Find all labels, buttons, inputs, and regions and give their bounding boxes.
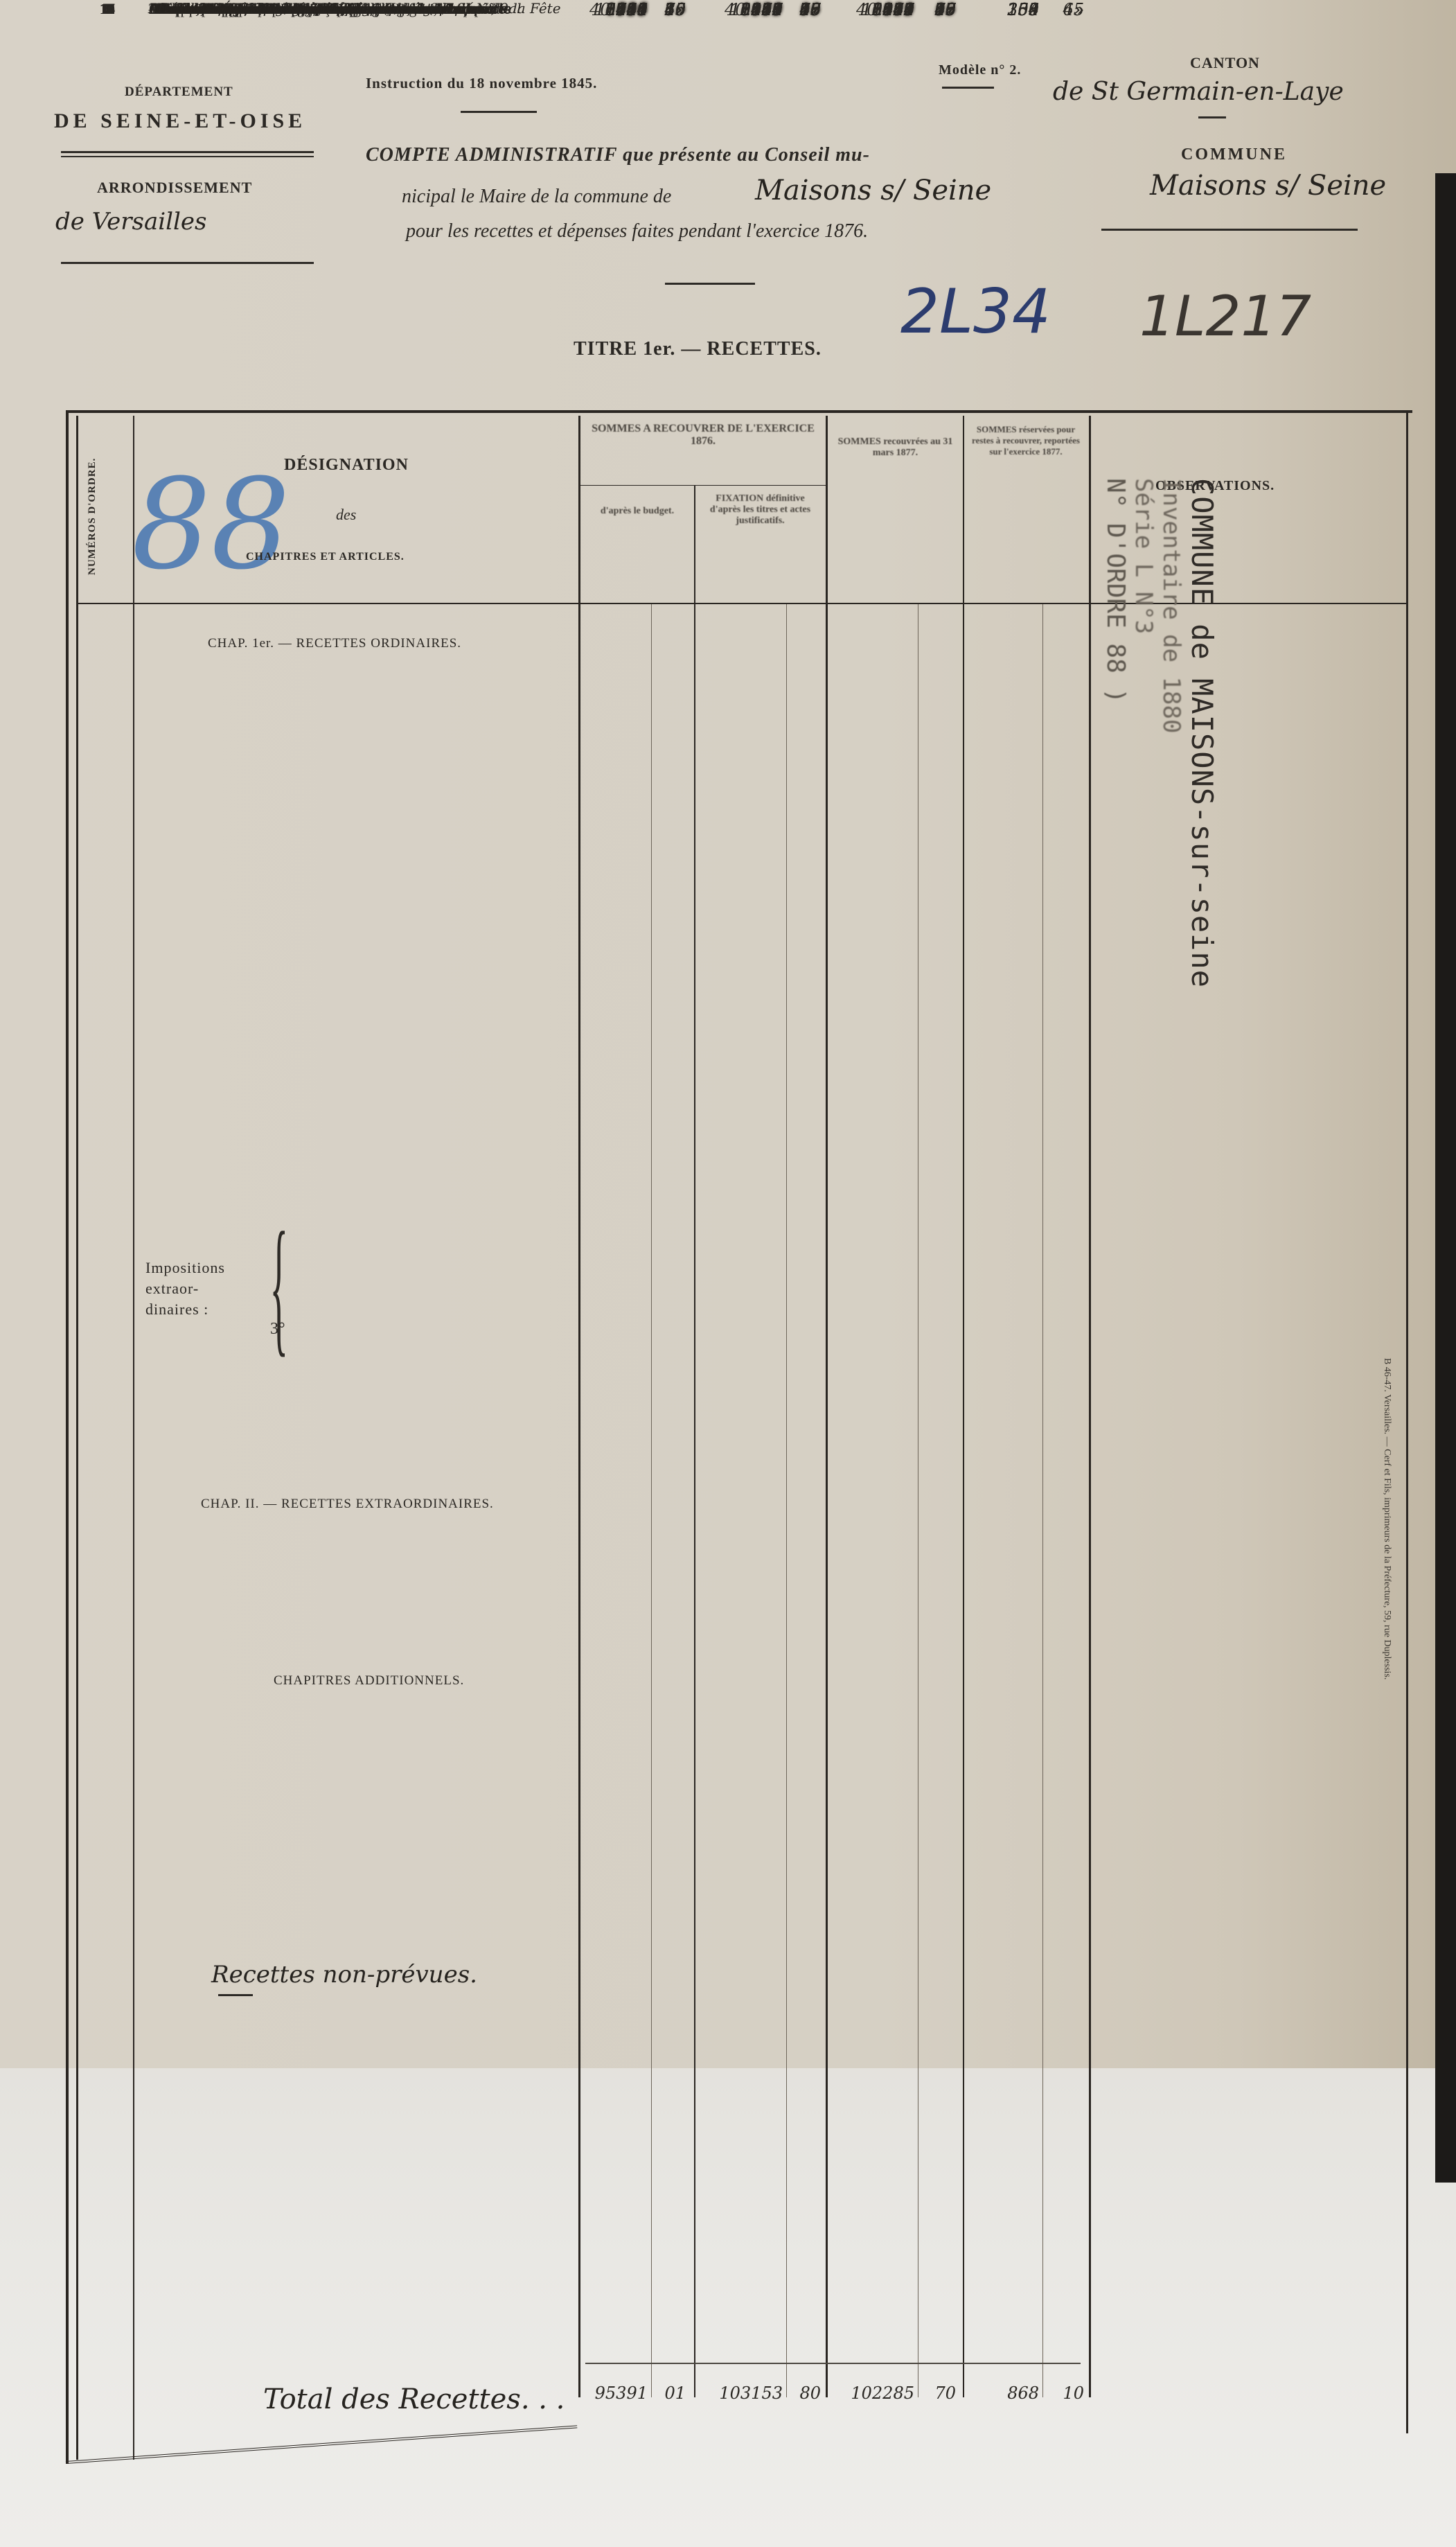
amount-c2: 519 <box>700 0 783 19</box>
column-header-designation: DÉSIGNATION <box>284 456 409 475</box>
total-restes-francs: 868 <box>966 2383 1039 2403</box>
column-header-designation-sub: CHAPITRES ET ARTICLES. <box>246 551 405 563</box>
instruction-reference: Instruction du 18 novembre 1845. <box>366 75 597 92</box>
arrondissement-label: ARRONDISSEMENT <box>97 179 252 197</box>
column-header-fixation: FIXATION définitive d'après les titres e… <box>700 493 821 527</box>
chapter-2-title: CHAP. II. — RECETTES EXTRAORDINAIRES. <box>201 1497 494 1512</box>
stamp-line-numero: N° D'ORDRE 88 ) <box>1101 478 1130 988</box>
canton-label: CANTON <box>1190 54 1260 72</box>
commune-value: Maisons s/ Seine <box>1150 170 1386 202</box>
divider <box>61 262 314 264</box>
non-prevues-title: Recettes non-prévues. <box>211 1961 477 1989</box>
total-fixation-centimes: 80 <box>790 2383 821 2403</box>
archive-code-pencil: 1L217 <box>1139 284 1311 349</box>
stamp-line-commune: COMMUNE de MAISONS-sur-seine <box>1185 478 1219 988</box>
column-divider <box>1042 603 1043 2397</box>
departement-label: DÉPARTEMENT <box>125 85 233 100</box>
column-divider <box>786 603 787 2397</box>
column-divider <box>918 603 918 2397</box>
title-commune-handwritten: Maisons s/ Seine <box>755 175 991 206</box>
departement-name: DE SEINE-ET-OISE <box>54 109 306 133</box>
archive-stamp: COMMUNE de MAISONS-sur-seine Inventaire … <box>1101 478 1219 988</box>
table-border <box>1406 410 1408 2433</box>
amount-c1: 519 <box>578 0 648 19</box>
divider <box>61 151 314 157</box>
table-row: Concession d'un terrain dépendant du che… <box>0 0 1456 21</box>
header-divider <box>578 485 826 486</box>
column-header-numeros: NUMÉROS D'ORDRE. <box>87 458 98 575</box>
table-border <box>76 416 78 2460</box>
impositions-3-marker: 3° <box>270 1320 285 1339</box>
section-title: TITRE 1er. — RECETTES. <box>574 338 822 360</box>
total-restes-centimes: 10 <box>1046 2383 1084 2403</box>
additional-chapters-title: CHAPITRES ADDITIONNELS. <box>274 1673 464 1689</box>
printer-imprint: B 46-47. Versailles. — Cerf et Fils, imp… <box>1381 1358 1392 1680</box>
document-title: COMPTE ADMINISTRATIF que présente au Con… <box>366 144 870 166</box>
row-label: Concession d'un terrain dépendant du che… <box>156 0 508 17</box>
amount-c1c: » <box>655 0 686 19</box>
column-divider <box>651 603 652 2397</box>
arrondissement-value: de Versailles <box>55 208 206 236</box>
amount-c3c: » <box>921 0 956 19</box>
column-divider <box>694 485 695 2397</box>
column-header-budget: d'après le budget. <box>585 506 689 517</box>
total-budget-francs: 95391 <box>578 2383 648 2403</box>
column-header-designation-des: des <box>336 506 356 524</box>
total-recouvrees-francs: 102285 <box>831 2383 914 2403</box>
divider <box>218 1994 253 1996</box>
total-budget-centimes: 01 <box>655 2383 686 2403</box>
canton-value: de St Germain-en-Laye <box>1053 78 1344 106</box>
total-recouvrees-centimes: 70 <box>921 2383 956 2403</box>
brace: { <box>270 1209 288 1361</box>
column-header-sommes-a-recouvrer: SOMMES A RECOUVRER DE L'EXERCICE 1876. <box>585 423 821 448</box>
archive-code-blue: 2L34 <box>900 276 1051 347</box>
ornament-rule <box>665 283 755 285</box>
title-line-2-prefix: nicipal le Maire de la commune de <box>402 186 671 207</box>
total-fixation-francs: 103153 <box>700 2383 783 2403</box>
background-edge <box>1435 173 1456 2183</box>
column-divider <box>1089 416 1091 2397</box>
amount-c3: 519 <box>831 0 914 19</box>
chapter-1-title: CHAP. 1er. — RECETTES ORDINAIRES. <box>208 636 461 651</box>
total-row: 95391 01 103153 80 102285 70 868 10 <box>0 2383 1456 2404</box>
commune-label: COMMUNE <box>1181 146 1287 164</box>
impositions-label: Impositions extraor- dinaires : <box>145 1258 249 1320</box>
stamp-line-serie: Série L N°3 <box>1130 478 1157 988</box>
ornament-rule <box>1198 116 1226 118</box>
order-number-blue: 88 <box>132 463 290 588</box>
column-divider <box>826 416 828 2397</box>
ornament-rule <box>942 87 994 89</box>
title-line-2: nicipal le Maire de la commune de <box>402 186 671 208</box>
column-divider <box>578 416 580 2397</box>
stamp-line-inventaire: Inventaire de 1880 <box>1157 478 1185 988</box>
column-header-recouvrees: SOMMES recouvrées au 31 mars 1877. <box>831 437 959 459</box>
modele-number: Modèle n° 2. <box>939 62 1021 78</box>
column-divider <box>963 416 964 2397</box>
title-line-3: pour les recettes et dépenses faites pen… <box>406 220 868 243</box>
column-header-restes: SOMMES réservées pour restes à recouvrer… <box>966 424 1085 457</box>
column-divider <box>133 416 134 2460</box>
divider <box>1101 229 1358 231</box>
ornament-rule <box>461 111 537 113</box>
total-rule <box>585 2363 1081 2364</box>
